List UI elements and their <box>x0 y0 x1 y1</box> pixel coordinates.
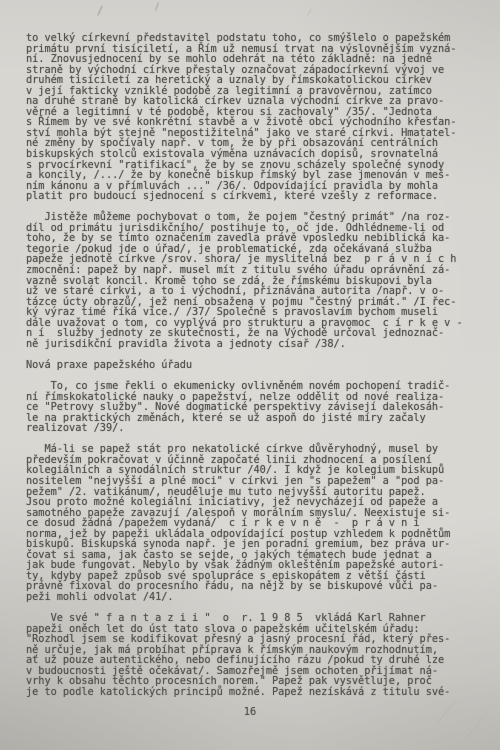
paragraph: to velký církevní představitel podstatu … <box>26 33 463 202</box>
text-line: platit pro budoucí sjednocení s církvemi… <box>26 191 463 202</box>
body-text: to velký církevní představitel podstatu … <box>26 33 463 708</box>
section-heading-text: Nová praxe papežského úřadu <box>26 360 463 371</box>
pencil-mark <box>307 8 312 16</box>
text-line: ně jurisdikční pravidla života a jednoty… <box>26 339 463 350</box>
text-line: to velký církevní představitel podstatu … <box>26 33 463 44</box>
text-line: peži mohli odvolat /41/. <box>26 592 463 603</box>
text-line: To, co jsme řekli o ekumenicky ovlivněné… <box>26 381 463 392</box>
page-number: 16 <box>0 706 500 718</box>
text-line: biskupských stolců existovala výměna uzn… <box>26 149 463 160</box>
pencil-mark <box>155 2 159 11</box>
paragraph: Má-li se papež stát pro nekatolické círk… <box>26 444 463 602</box>
text-line: je to podle katolických principů možné. … <box>26 687 463 698</box>
pencil-mark <box>97 5 103 16</box>
text-line: zmocnění: papež by např. musel mít z tit… <box>26 265 463 276</box>
text-line: realizovat /39/. <box>26 423 463 434</box>
paragraph: To, co jsme řekli o ekumenicky ovlivněné… <box>26 381 463 434</box>
section-heading: Nová praxe papežského úřadu <box>26 360 463 371</box>
scan-streak <box>464 715 484 741</box>
paragraph: Ve své " f a n t a z i i " o r. 1 9 8 5 … <box>26 613 463 697</box>
text-line: nositelem "nejvyšší a plné moci" v církv… <box>26 476 463 487</box>
paragraph: Jistěže můžeme pochybovat o tom, že poje… <box>26 212 463 349</box>
scanned-document-page: to velký církevní představitel podstatu … <box>0 0 500 750</box>
